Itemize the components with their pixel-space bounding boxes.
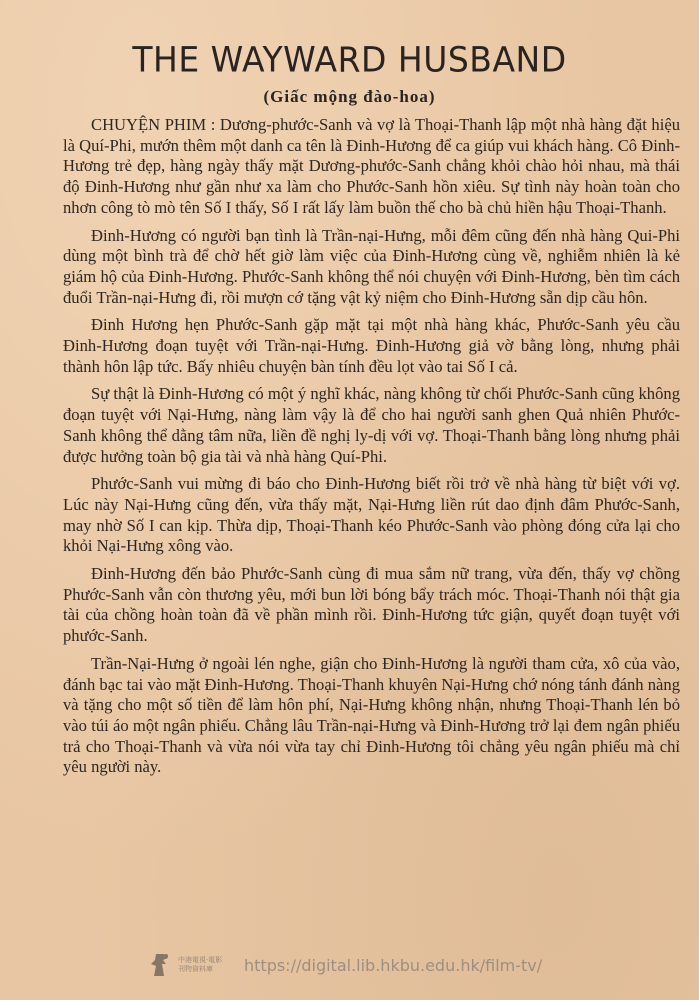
- archive-logo-icon: [148, 952, 172, 978]
- paragraph: Trần-Nại-Hưng ở ngoài lén nghe, giận cho…: [63, 654, 680, 778]
- paragraph: Phước-Sanh vui mừng đi báo cho Đinh-Hươn…: [63, 474, 680, 557]
- watermark-org: 中港電視·電影 刊物資料庫: [178, 956, 238, 974]
- scanned-page: THE WAYWARD HUSBAND (Giấc mộng đào-hoa) …: [0, 0, 699, 1000]
- watermark-url: https://digital.lib.hkbu.edu.hk/film-tv/: [244, 956, 542, 975]
- paragraph: Sự thật là Đinh-Hương có một ý nghĩ khác…: [63, 384, 680, 467]
- paragraph: Đinh-Hương có người bạn tình là Trần-nại…: [63, 226, 680, 309]
- page-title: THE WAYWARD HUSBAND: [0, 39, 699, 80]
- paragraph: Đinh-Hương đến bảo Phước-Sanh cùng đi mu…: [63, 564, 680, 647]
- paragraph: CHUYỆN PHIM : Dương-phước-Sanh và vợ là …: [63, 115, 680, 219]
- paragraph: Đinh Hương hẹn Phước-Sanh gặp mặt tại mộ…: [63, 315, 680, 377]
- page-subtitle: (Giấc mộng đào-hoa): [0, 87, 699, 107]
- watermark: 中港電視·電影 刊物資料庫 https://digital.lib.hkbu.e…: [148, 951, 542, 979]
- synopsis-body: CHUYỆN PHIM : Dương-phước-Sanh và vợ là …: [63, 115, 680, 785]
